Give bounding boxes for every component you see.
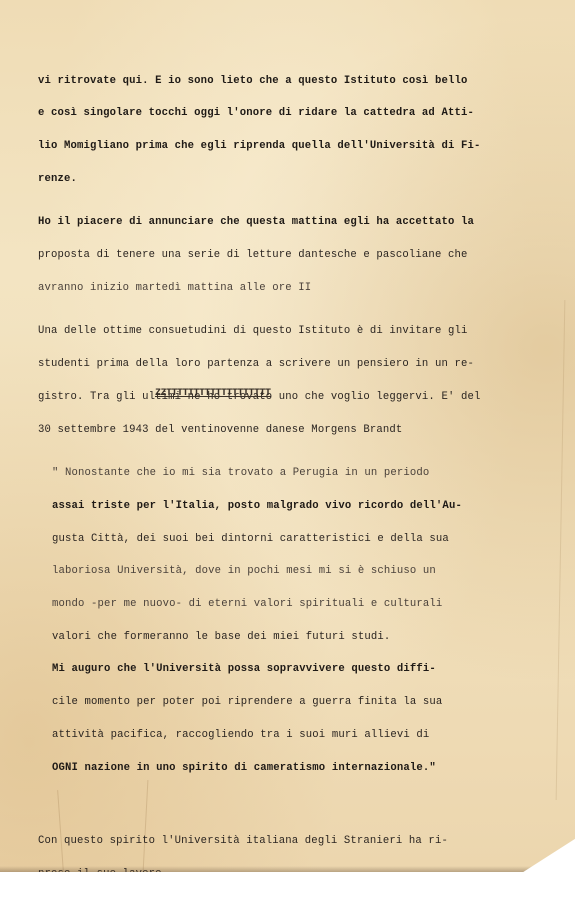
quote-line: gusta Città, dei suoi bei dintorni carat…	[38, 534, 558, 545]
text-line: vi ritrovate qui. E io sono lieto che a …	[38, 76, 558, 87]
text-line: lio Momigliano prima che egli riprenda q…	[38, 141, 558, 152]
text-line: e così singolare tocchi oggi l'onore di …	[38, 108, 558, 119]
quote-line: mondo -per me nuovo- di eterni valori sp…	[38, 599, 558, 610]
quote-line: cile momento per poter poi riprendere a …	[38, 697, 558, 708]
text-line: Con questo spirito l'Università italiana…	[38, 836, 558, 847]
text-line: proposta di tenere una serie di letture …	[38, 250, 558, 261]
quote-line: laboriosa Università, dove in pochi mesi…	[38, 566, 558, 577]
quote-line: OGNI nazione in uno spirito di cameratis…	[38, 763, 558, 774]
text-line: renze.	[38, 174, 558, 185]
quote-line: assai triste per l'Italia, posto malgrad…	[38, 501, 558, 512]
text-line: Ho il piacere di annunciare che questa m…	[38, 217, 558, 228]
quote-line: Mi auguro che l'Università possa sopravv…	[38, 664, 558, 675]
text-line: avranno inizio martedì mattina alle ore …	[38, 283, 558, 294]
quote-line: valori che formeranno le base dei miei f…	[38, 632, 558, 643]
document-body: vi ritrovate qui. E io sono lieto che a …	[38, 43, 558, 878]
text-line: 30 settembre 1943 del ventinovenne danes…	[38, 425, 558, 436]
text-line: gistro. Tra gli ultimi ne ho trovato uno…	[38, 392, 558, 403]
quote-line: " Nonostante che io mi sia trovato a Per…	[38, 468, 558, 479]
quote-line: attività pacifica, raccogliendo tra i su…	[38, 730, 558, 741]
paragraph-gap	[38, 795, 558, 803]
text-line: Una delle ottime consuetudini di questo …	[38, 326, 558, 337]
closing-typed-mark: ZZTTTTTTTTTTTTTTTTTTT	[155, 388, 271, 399]
text-line: preso il suo lavoro	[38, 869, 558, 878]
text-line: studenti prima della loro partenza a scr…	[38, 359, 558, 370]
typewritten-page: vi ritrovate qui. E io sono lieto che a …	[0, 0, 575, 872]
